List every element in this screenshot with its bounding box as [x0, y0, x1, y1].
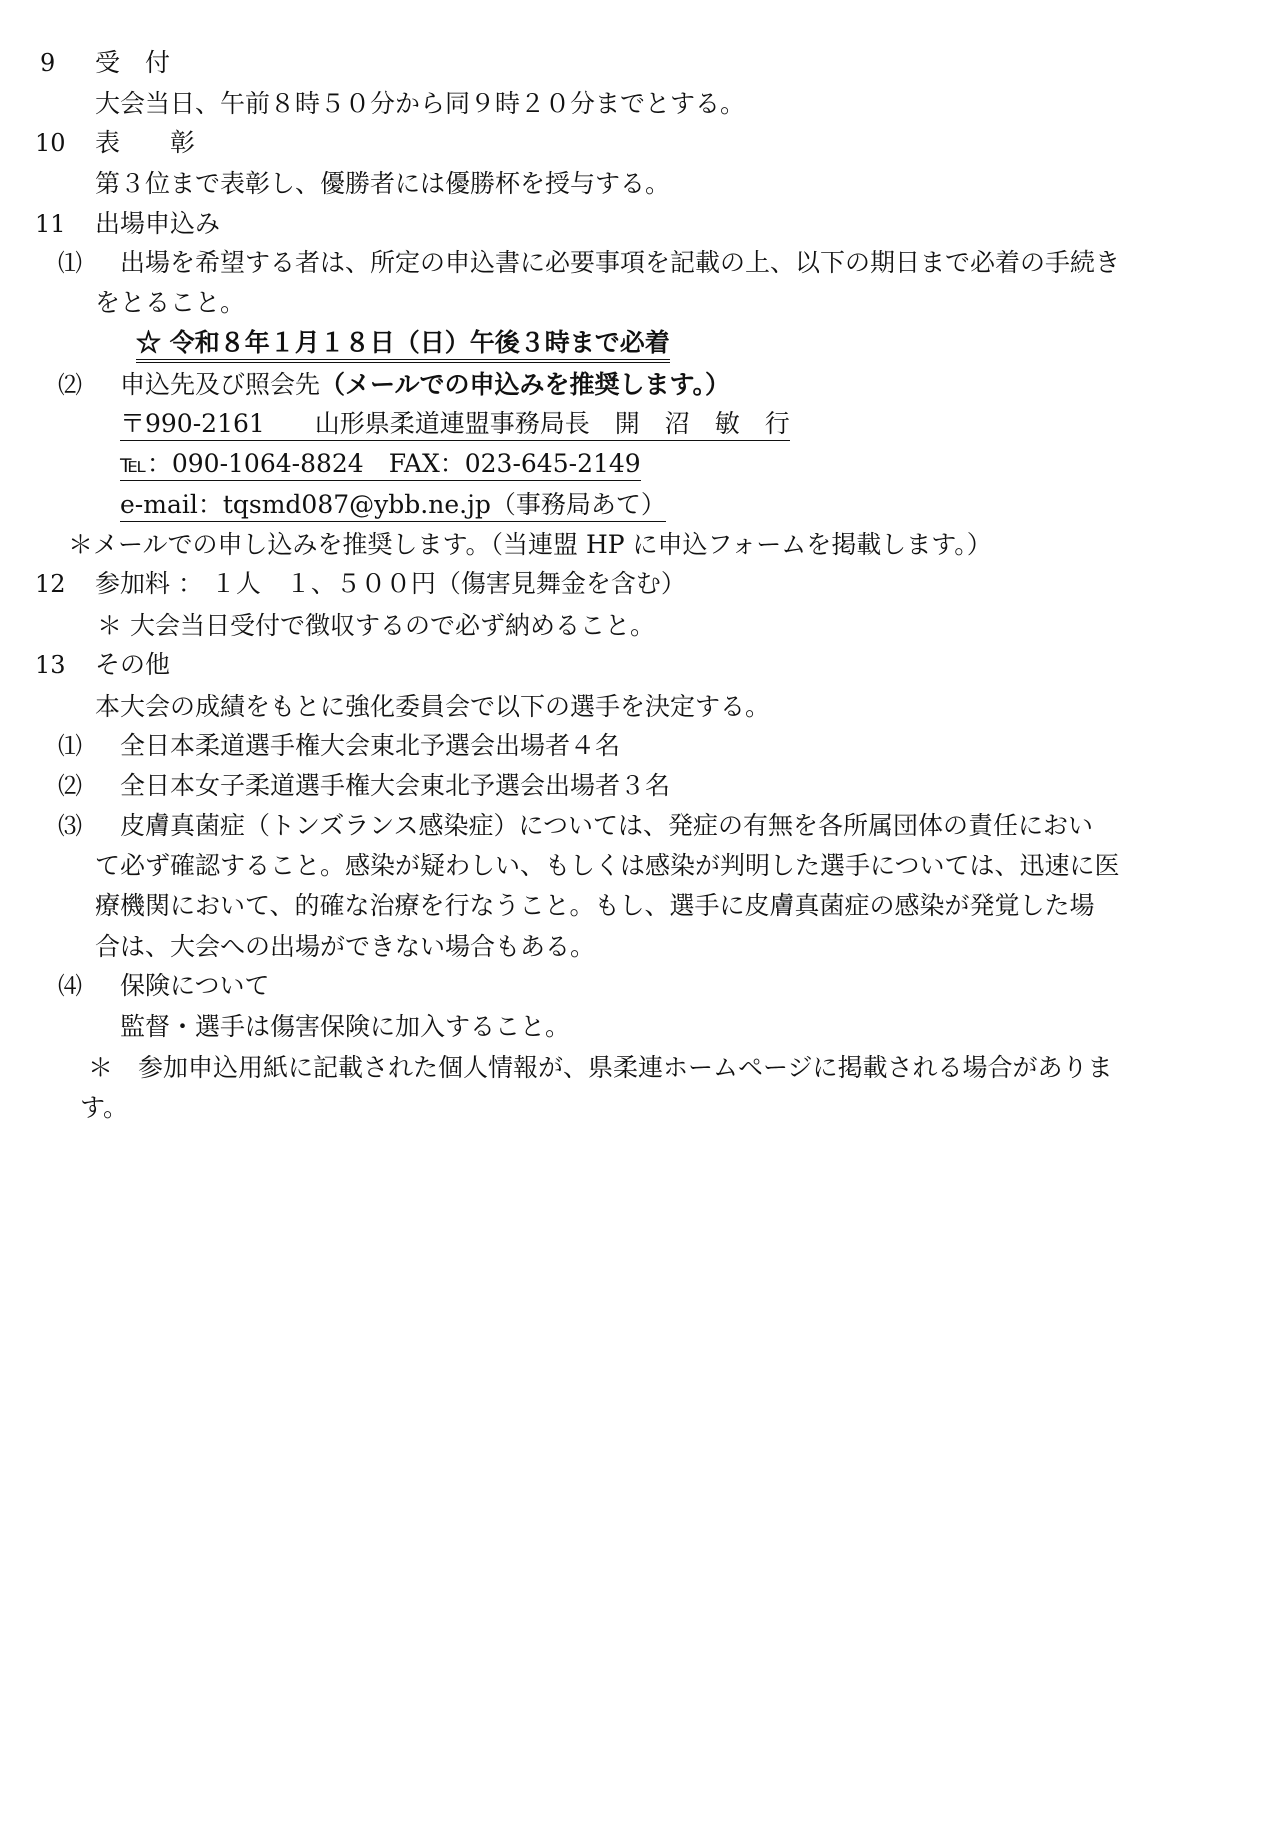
- privacy-note-line-1: ＊ 参加申込用紙に記載された個人情報が、県柔連ホームページに掲載される場合があり…: [88, 1053, 1113, 1083]
- other-item-1-text: 全日本柔道選手権大会東北予選会出場者４名: [120, 731, 620, 761]
- entry-item-1-line-2: をとること。: [95, 288, 245, 318]
- other-item-3-line-3: 療機関において、的確な治療を行なうこと。もし、選手に皮膚真菌症の感染が発覚した場: [95, 891, 1095, 921]
- reception-text: 大会当日、午前８時５０分から同９時２０分までとする。: [95, 89, 745, 119]
- entry-item-2-marker: ⑵: [58, 370, 82, 400]
- section-number-10: 10: [35, 128, 66, 158]
- other-item-1-marker: ⑴: [58, 731, 82, 761]
- contact-address: 〒990-2161 山形県柔道連盟事務局長 開 沼 敏 行: [120, 409, 790, 439]
- other-item-2-marker: ⑵: [58, 771, 82, 801]
- section-number-13: 13: [35, 650, 66, 680]
- contact-email: e-mail：tqsmd087@ybb.ne.jp（事務局あて）: [120, 490, 666, 520]
- other-item-2-text: 全日本女子柔道選手権大会東北予選会出場者３名: [120, 771, 670, 801]
- section-heading-other: その他: [95, 650, 170, 680]
- contact-address-text: 〒990-2161 山形県柔道連盟事務局長 開 沼 敏 行: [120, 409, 790, 441]
- other-item-4-sub: 監督・選手は傷害保険に加入すること。: [120, 1012, 570, 1042]
- fee-note: ＊ 大会当日受付で徴収するので必ず納めること。: [97, 611, 655, 641]
- other-intro-text: 本大会の成績をもとに強化委員会で以下の選手を決定する。: [95, 692, 770, 722]
- contact-email-recommended: （メールでの申込みを推奨します。）: [320, 370, 730, 399]
- entry-item-1-line-1: 出場を希望する者は、所定の申込書に必要事項を記載の上、以下の期日まで必着の手続き: [120, 248, 1120, 278]
- contact-email-text: e-mail：tqsmd087@ybb.ne.jp（事務局あて）: [120, 490, 666, 522]
- section-number-11: 11: [35, 209, 66, 239]
- section-number-12: 12: [35, 569, 66, 599]
- contact-label: 申込先及び照会先: [120, 370, 320, 399]
- entry-item-1-marker: ⑴: [58, 248, 82, 278]
- section-number-9: 9: [40, 48, 55, 78]
- contact-phone-fax: ℡：090-1064-8824 FAX：023-645-2149: [120, 449, 641, 479]
- other-item-3-marker: ⑶: [58, 811, 82, 841]
- contact-heading: 申込先及び照会先（メールでの申込みを推奨します。）: [120, 370, 730, 400]
- contact-phone-fax-text: ℡：090-1064-8824 FAX：023-645-2149: [120, 449, 641, 481]
- other-item-4-marker: ⑷: [58, 971, 82, 1001]
- other-item-4-text: 保険について: [120, 971, 270, 1001]
- entry-deadline-text: ☆ 令和８年１月１８日（日）午後３時まで必着: [136, 328, 670, 363]
- privacy-note-line-2: す。: [80, 1093, 128, 1123]
- section-heading-entry: 出場申込み: [95, 209, 220, 239]
- section-heading-reception: 受 付: [95, 48, 170, 78]
- section-heading-awards: 表 彰: [95, 128, 195, 158]
- other-item-3-line-2: て必ず確認すること。感染が疑わしい、もしくは感染が判明した選手については、迅速に…: [95, 851, 1120, 881]
- awards-text: 第３位まで表彰し、優勝者には優勝杯を授与する。: [95, 169, 670, 199]
- fee-heading: 参加料 ： １人 １、５００円（傷害見舞金を含む）: [95, 569, 686, 599]
- entry-note-online-form: ＊メールでの申し込みを推奨します。（当連盟 HP に申込フォームを掲載します。）: [68, 530, 992, 560]
- other-item-3-line-4: 合は、大会への出場ができない場合もある。: [95, 932, 595, 962]
- entry-deadline: ☆ 令和８年１月１８日（日）午後３時まで必着: [136, 328, 670, 358]
- other-item-3-line-1: 皮膚真菌症（トンズランス感染症）については、発症の有無を各所属団体の責任におい: [120, 811, 1093, 841]
